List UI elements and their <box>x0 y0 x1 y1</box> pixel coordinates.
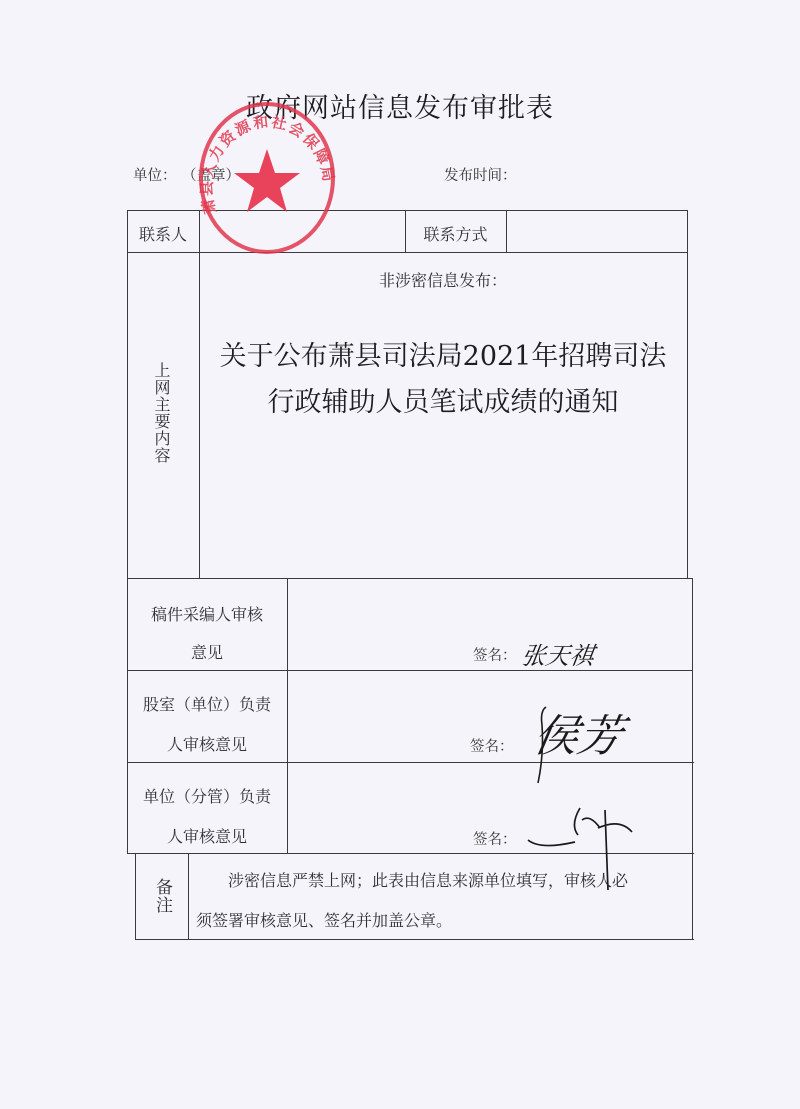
signature: 张天祺 <box>520 636 597 671</box>
contact-method-label: 联系方式 <box>405 222 506 245</box>
review-label-line1: 股室（单位）负责 <box>127 692 287 715</box>
sign-label: 签名： <box>473 644 517 665</box>
unit-stamp-note: （盖章） <box>182 164 240 185</box>
remark-line1: 涉密信息严禁上网；此表由信息来源单位填写，审核人必 <box>228 868 628 891</box>
remark-line2: 须签署审核意见、签名并加盖公章。 <box>196 908 452 931</box>
document-title: 政府网站信息发布审批表 <box>0 86 800 125</box>
main-content-label: 上网主要内容 <box>150 362 173 492</box>
star-icon <box>234 149 300 212</box>
sign-label: 签名： <box>470 735 514 756</box>
non-secret-label: 非涉密信息发布： <box>199 268 687 291</box>
remark-label: 备注 <box>150 878 175 928</box>
content-title-line1: 关于公布萧县司法局2021年招聘司法 <box>199 334 687 380</box>
sign-label: 签名： <box>473 828 517 849</box>
signature-stroke <box>534 705 554 785</box>
review-label-line1: 稿件采编人审核 <box>127 602 287 625</box>
review-label-line2: 意见 <box>127 640 287 663</box>
unit-label: 单位： <box>133 164 177 185</box>
content-title-line2: 行政辅助人员笔试成绩的通知 <box>199 380 687 426</box>
publish-time-label: 发布时间： <box>444 164 517 185</box>
contact-person-label: 联系人 <box>127 222 199 245</box>
review-label-line1: 单位（分管）负责 <box>127 784 287 807</box>
review-label-line2: 人审核意见 <box>127 824 287 847</box>
review-label-line2: 人审核意见 <box>127 732 287 755</box>
